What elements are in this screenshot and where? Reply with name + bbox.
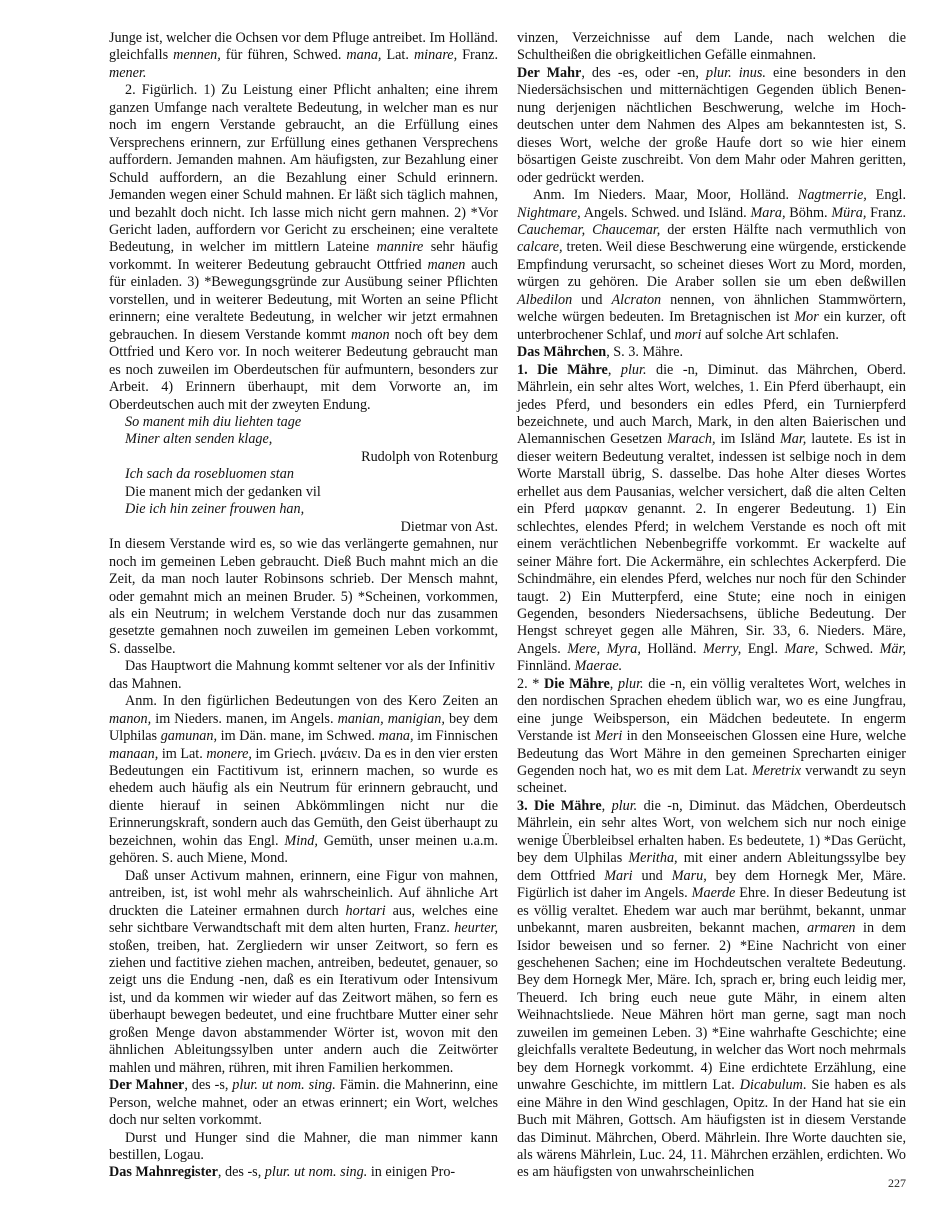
entry-die-maehre-1: 1. Die Mähre, plur. die -n, Diminut. das… xyxy=(517,362,906,676)
italic-term: heurter, xyxy=(454,920,498,936)
text: in dem Isidor beweisen und so ferner. 2)… xyxy=(517,920,906,1093)
text: , des -es, oder -en, xyxy=(581,65,706,81)
text: stoßen, treiben, hat. Zergliedern wir un… xyxy=(109,938,498,1076)
text: treten. Weil diese Beschwerung eine würg… xyxy=(517,239,906,290)
italic-term: Meretrix xyxy=(752,763,801,779)
text: 2. Figürlich. 1) Zu Leistung einer Pflic… xyxy=(109,82,498,255)
verse-line: Miner alten senden klage, xyxy=(109,431,498,448)
entry-die-maehre-3: 3. Die Mähre, plur. die -n, Diminut. das… xyxy=(517,798,906,1182)
text: im Nieders. manen, im Angels. xyxy=(151,711,337,727)
italic-term: plur. inus. xyxy=(706,65,766,81)
headword: Der Mahner xyxy=(109,1077,184,1093)
italic-term: Meri xyxy=(595,728,623,744)
paragraph-annotation: Anm. In den figürlichen Bedeutungen von … xyxy=(109,693,498,868)
text: , xyxy=(608,362,621,378)
italic-term: Maerde xyxy=(692,885,736,901)
italic-term: hortari xyxy=(346,903,386,919)
text: , des -s, xyxy=(184,1077,232,1093)
italic-term: gamunan, xyxy=(161,728,217,744)
text: , S. 3. Mähre. xyxy=(606,344,683,360)
page-number: 227 xyxy=(870,1175,906,1192)
italic-term: Mor xyxy=(794,309,818,325)
italic-term: mennen, xyxy=(173,47,221,63)
italic-term: Mär, xyxy=(880,641,906,657)
italic-term: Mind, xyxy=(284,833,318,849)
paragraph: Das Hauptwort die Mahnung kommt seltener… xyxy=(109,658,498,693)
text: Schwed. xyxy=(818,641,879,657)
paragraph-figurative: 2. Figürlich. 1) Zu Leistung einer Pflic… xyxy=(109,82,498,414)
italic-term: Dicabulum xyxy=(740,1077,803,1093)
left-column: Junge ist, welcher die Ochsen vor dem Pf… xyxy=(109,30,498,1182)
text: im Finnischen xyxy=(414,728,498,744)
italic-term: Maerae. xyxy=(575,658,623,674)
italic-term: Maru, xyxy=(672,868,707,884)
italic-term: Mar, xyxy=(780,431,806,447)
italic-term: mener. xyxy=(109,65,146,81)
italic-term: mannire xyxy=(377,239,424,255)
entry-das-maehrchen: Das Mährchen, S. 3. Mähre. xyxy=(517,344,906,361)
text: Hol­länd. xyxy=(641,641,703,657)
paragraph: In diesem Verstande wird es, so wie das … xyxy=(109,536,498,658)
italic-term: plur. ut nom. sing. xyxy=(265,1164,367,1180)
text: , xyxy=(610,676,618,692)
text: für führen, Schwed. xyxy=(221,47,347,63)
entry-das-mahnregister: Das Mahnregister, des -s, plur. ut nom. … xyxy=(109,1164,498,1181)
headword: 1. Die Mähre xyxy=(517,362,608,378)
text: im Lat. xyxy=(158,746,206,762)
italic-term: Nightmare, xyxy=(517,205,581,221)
verse-line: So manent mih diu liehten tage xyxy=(109,414,498,431)
text: im Isländ xyxy=(716,431,780,447)
entry-der-mahr: Der Mahr, des -es, oder -en, plur. inus.… xyxy=(517,65,906,187)
italic-term: minare, xyxy=(414,47,457,63)
italic-term: Merry, xyxy=(703,641,741,657)
text: Anm. Im Nieders. Maar, Moor, Holländ. xyxy=(533,187,798,203)
italic-term: Mere, Myra, xyxy=(567,641,641,657)
headword: Die Mähre xyxy=(544,676,610,692)
text: , des -s, xyxy=(218,1164,265,1180)
italic-term: Nagtmerrie, xyxy=(798,187,867,203)
italic-term: manon, xyxy=(109,711,151,727)
paragraph-example: Durst und Hunger sind die Mahner, die ma… xyxy=(109,1130,498,1165)
italic-term: Mara, xyxy=(750,205,785,221)
italic-term: manaan, xyxy=(109,746,158,762)
entry-der-mahner: Der Mahner, des -s, plur. ut nom. sing. … xyxy=(109,1077,498,1129)
text: Franz. xyxy=(866,205,906,221)
text: auf solche Art schlafen. xyxy=(701,327,839,343)
verse-attribution: Dietmar von Ast. xyxy=(109,519,498,536)
verse-attribution: Rudolph von Rotenburg xyxy=(109,449,498,466)
text: in einigen Pro- xyxy=(367,1164,455,1180)
text: Finnländ. xyxy=(517,658,575,674)
text: Böhm. xyxy=(786,205,832,221)
italic-term: manen xyxy=(428,257,466,273)
paragraph-continuation: vinzen, Verzeichnisse auf dem Lande, nac… xyxy=(517,30,906,65)
italic-term: Alcraton xyxy=(611,292,661,308)
headword: 3. Die Mähre xyxy=(517,798,602,814)
italic-term: manian, manigian, xyxy=(338,711,445,727)
italic-term: plur. xyxy=(621,362,647,378)
italic-term: Marach, xyxy=(667,431,715,447)
entry-number: 2. * xyxy=(517,676,544,692)
text: Franz. xyxy=(457,47,498,63)
text: Engl. xyxy=(741,641,784,657)
entry-die-maehre-2: 2. * Die Mähre, plur. die -n, ein völlig… xyxy=(517,676,906,798)
paragraph-annotation: Anm. Im Nieders. Maar, Moor, Holländ. Na… xyxy=(517,187,906,344)
italic-term: plur. ut nom. sing. xyxy=(232,1077,336,1093)
italic-term: calcare, xyxy=(517,239,563,255)
text: Anm. In den figürlichen Bedeutungen von … xyxy=(125,693,498,709)
italic-term: mana, xyxy=(379,728,414,744)
text: im Dän. mane, im Schwed. xyxy=(217,728,378,744)
text: Angels. Schwed. und Isländ. xyxy=(581,205,751,221)
dictionary-page: Junge ist, welcher die Ochsen vor dem Pf… xyxy=(0,0,935,1210)
verse-line: Die ich hin zeiner frouwen han, xyxy=(109,501,498,518)
text: und xyxy=(572,292,611,308)
headword: Der Mahr xyxy=(517,65,581,81)
headword: Das Mährchen xyxy=(517,344,606,360)
italic-term: plur. xyxy=(612,798,638,814)
paragraph-continuation: Junge ist, welcher die Ochsen vor dem Pf… xyxy=(109,30,498,82)
italic-term: Cauchemar, Chaucemar, xyxy=(517,222,660,238)
paragraph: Daß unser Activum mahnen, erinnern, eine… xyxy=(109,868,498,1077)
text: Engl. xyxy=(867,187,906,203)
right-column: vinzen, Verzeichnisse auf dem Lande, nac… xyxy=(517,30,906,1182)
text: der ersten Hälfte nach ver­muthlich von xyxy=(660,222,906,238)
italic-term: manon xyxy=(351,327,390,343)
headword: Das Mahnregister xyxy=(109,1164,218,1180)
text: lautete. Es ist in dieser weitern Bedeut… xyxy=(517,431,906,656)
text: und xyxy=(633,868,672,884)
italic-term: mori xyxy=(675,327,702,343)
italic-term: monere, xyxy=(206,746,252,762)
italic-term: plur. xyxy=(618,676,644,692)
verse-line: Ich sach da rosebluomen stan xyxy=(109,466,498,483)
italic-term: armaren xyxy=(807,920,855,936)
italic-term: Albedilon xyxy=(517,292,572,308)
text: , xyxy=(602,798,612,814)
italic-term: Meritha, xyxy=(628,850,677,866)
italic-term: Mare, xyxy=(784,641,818,657)
text: Lat. xyxy=(381,47,413,63)
italic-term: mana, xyxy=(346,47,381,63)
italic-term: Mari xyxy=(604,868,632,884)
text: eine besonders in den Niedersächsischen … xyxy=(517,65,906,186)
verse-line: Die manent mich der gedanken vil xyxy=(109,484,498,501)
italic-term: Müra, xyxy=(831,205,866,221)
